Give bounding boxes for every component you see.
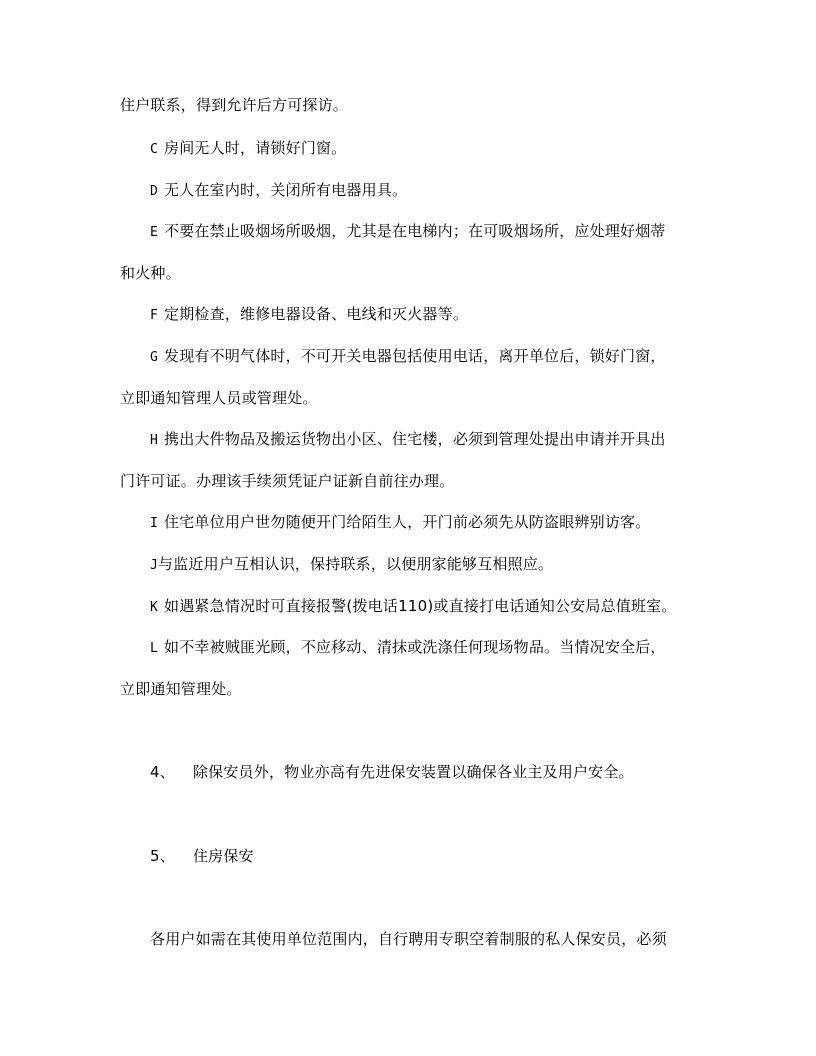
paragraph-line: 门许可证。办理该手续须凭证户证新自前往办理。: [120, 471, 454, 491]
line-text: 与监近用户互相认识，保持联系，以便朋家能够互相照应。: [158, 555, 553, 573]
list-item-f: F定期检查，维修电器设备、电线和灭火器等。: [150, 304, 468, 326]
list-item-k: K如遇紧急情况时可直接报警(拨电话110)或直接打电话通知公安局总值班室。: [150, 596, 677, 618]
section-heading: 4、除保安员外，物业亦高有先进保安装置以确保各业主及用户安全。: [150, 762, 634, 782]
list-item-i: I住宅单位用户世勿随便开门给陌生人，开门前必须先从防盗眼辨别访客。: [150, 512, 650, 534]
item-label: L: [150, 641, 158, 656]
list-item-g: G发现有不明气体时，不可开关电器包括使用电话，离开单位后，锁好门窗，: [150, 346, 666, 368]
line-text: 门许可证。办理该手续须凭证户证新自前往办理。: [120, 472, 454, 490]
line-text: 住宅单位用户世勿随便开门给陌生人，开门前必须先从防盗眼辨别访客。: [164, 513, 650, 531]
item-label: C: [150, 142, 158, 157]
line-text: 不要在禁止吸烟场所吸烟，尤其是在电梯内；在可吸烟场所，应处理好烟蒂: [164, 222, 666, 240]
line-text: 住户联系，得到允许后方可探访。: [120, 96, 348, 114]
list-item-c: C房间无人时，请锁好门窗。: [150, 138, 346, 160]
line-text: 无人在室内时，关闭所有电器用具。: [164, 181, 407, 199]
section-text: 除保安员外，物业亦高有先进保安装置以确保各业主及用户安全。: [193, 763, 634, 781]
line-text: 和火种。: [120, 264, 181, 282]
paragraph-line: 立即通知管理处。: [120, 679, 242, 699]
document-page: 住户联系，得到允许后方可探访。C房间无人时，请锁好门窗。D无人在室内时，关闭所有…: [0, 0, 816, 1056]
line-text: 立即通知管理处。: [120, 680, 242, 698]
paragraph-line: 立即通知管理人员或管理处。: [120, 388, 318, 408]
item-label: J: [150, 558, 158, 573]
final-paragraph: 各用户如需在其使用单位范围内，自行聘用专职空着制服的私人保安员，必须: [150, 929, 667, 949]
line-text: 立即通知管理人员或管理处。: [120, 389, 318, 407]
item-label: K: [150, 600, 158, 615]
item-label: F: [150, 308, 158, 323]
paragraph-line: 和火种。: [120, 263, 181, 283]
line-text: 携出大件物品及搬运货物出小区、住宅楼，必须到管理处提出申请并开具出: [164, 430, 666, 448]
list-item-d: D无人在室内时，关闭所有电器用具。: [150, 180, 407, 202]
list-item-j: J与监近用户互相认识，保持联系，以便朋家能够互相照应。: [150, 554, 553, 576]
section-heading: 5、住房保安: [150, 846, 254, 866]
section-number: 4、: [150, 763, 175, 781]
item-label: E: [150, 225, 158, 240]
item-label: I: [150, 516, 158, 531]
list-item-h: H携出大件物品及搬运货物出小区、住宅楼，必须到管理处提出申请并开具出: [150, 429, 666, 451]
list-item-l: L如不幸被贼匪光顾，不应移动、清抹或洗涤任何现场物品。当情况安全后，: [150, 637, 666, 659]
item-label: H: [150, 433, 158, 448]
item-label: G: [150, 350, 158, 365]
paragraph-line: 住户联系，得到允许后方可探访。: [120, 95, 348, 115]
line-text: 如遇紧急情况时可直接报警(拨电话110)或直接打电话通知公安局总值班室。: [164, 597, 677, 615]
line-text: 房间无人时，请锁好门窗。: [164, 139, 346, 157]
line-text: 定期检查，维修电器设备、电线和灭火器等。: [164, 305, 468, 323]
line-text: 发现有不明气体时，不可开关电器包括使用电话，离开单位后，锁好门窗，: [164, 347, 666, 365]
list-item-e: E不要在禁止吸烟场所吸烟，尤其是在电梯内；在可吸烟场所，应处理好烟蒂: [150, 221, 666, 243]
item-label: D: [150, 184, 158, 199]
section-text: 住房保安: [193, 847, 254, 865]
line-text: 如不幸被贼匪光顾，不应移动、清抹或洗涤任何现场物品。当情况安全后，: [164, 638, 666, 656]
section-number: 5、: [150, 847, 175, 865]
